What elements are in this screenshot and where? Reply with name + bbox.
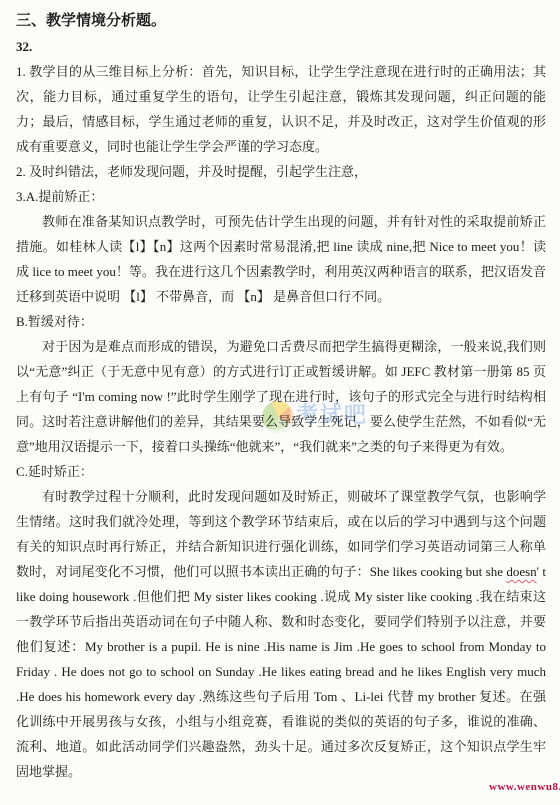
paragraph-timely-correction: 2. 及时纠错法，老师发现问题，并及时提醒，引起学生注意，	[16, 159, 546, 184]
heading-deferred-treatment: B.暂缓对待：	[16, 309, 546, 334]
document-page: 考试吧 三、教学情境分析题。 32. 1. 教学目的从三维目标上分析：首先，知识…	[0, 0, 560, 805]
heading-advance-correction: 3.A.提前矫正：	[16, 184, 546, 209]
paragraph-teaching-objectives: 1. 教学目的从三维目标上分析：首先，知识目标，让学生学注意现在进行时的正确用法…	[16, 59, 546, 159]
paragraph-advance-correction: 教师在准备某知识点教学时，可预先估计学生出现的问题，并有针对性的采取提前矫正措施…	[16, 209, 546, 309]
paragraph-text-before: 有时教学过程十分顺利，此时发现问题如及时矫正，则破坏了课堂教学气氛，也影响学生情…	[16, 489, 546, 579]
heading-delayed-correction: C.延时矫正：	[16, 459, 546, 484]
paragraph-deferred-treatment: 对于因为是难点而形成的错误，为避免口舌费尽而把学生搞得更糊涂，一般来说,我们则以…	[16, 334, 546, 459]
spellcheck-underlined-word: doesn	[506, 564, 536, 579]
site-url-watermark: www.wenwu8.c	[489, 781, 560, 793]
paragraph-text-after: ' t like doing housework .但他们把 My sister…	[16, 564, 546, 779]
paragraph-delayed-correction: 有时教学过程十分顺利，此时发现问题如及时矫正，则破坏了课堂教学气氛，也影响学生情…	[16, 484, 546, 784]
document-body: 三、教学情境分析题。 32. 1. 教学目的从三维目标上分析：首先，知识目标，让…	[0, 0, 560, 784]
section-title: 三、教学情境分析题。	[16, 9, 546, 34]
question-number: 32.	[16, 34, 546, 59]
